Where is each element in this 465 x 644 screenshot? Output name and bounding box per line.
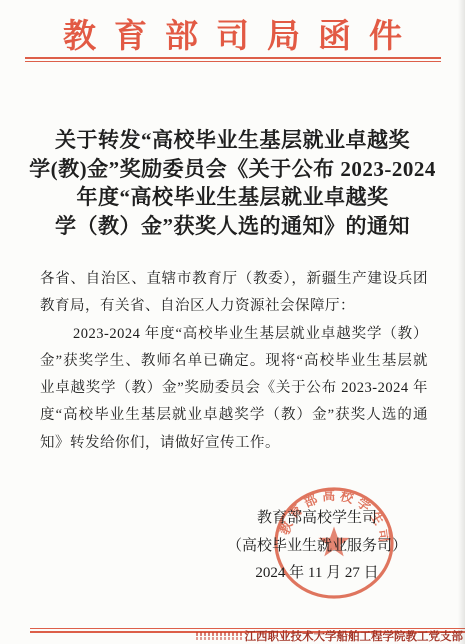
scanned-document-page: 教育部司局函件 关于转发“高校毕业生基层就业卓越奖 学(教)金”奖励委员会《关于… <box>0 0 465 644</box>
body-line: 各省、自治区、直辖市教育厅（教委），新疆生产建设兵团 <box>40 266 428 293</box>
body-line: 金”获奖学生、教师名单已确定。现将“高校毕业生基层就 <box>40 348 428 375</box>
document-title: 关于转发“高校毕业生基层就业卓越奖 学(教)金”奖励委员会《关于公布 2023-… <box>8 126 457 240</box>
body-line: 2023-2024 年度“高校毕业生基层就业卓越奖学（教） <box>40 321 428 348</box>
body-line: 教育局，有关省、自治区人力资源社会保障厅： <box>40 293 428 320</box>
body-line: 知》转发给你们，请做好宣传工作。 <box>40 430 428 457</box>
document-body: 各省、自治区、直辖市教育厅（教委），新疆生产建设兵团 教育局，有关省、自治区人力… <box>40 266 428 457</box>
signature-date: 2024 年 11 月 27 日 <box>206 560 428 588</box>
body-line: 度“高校毕业生基层就业卓越奖学（教）金”获奖人选的通 <box>40 402 428 429</box>
document-title-line: 关于转发“高校毕业生基层就业卓越奖 <box>8 126 457 155</box>
signing-department-alt: （高校毕业生就业服务司） <box>206 533 428 561</box>
micro-stamp-text-marks <box>196 632 243 641</box>
document-title-line: 年度“高校毕业生基层就业卓越奖 <box>8 183 457 212</box>
document-title-line: 学（教）金”获奖人选的通知》的通知 <box>8 212 457 241</box>
letterhead-title: 教育部司局函件 <box>0 10 465 57</box>
body-line: 业卓越奖学（教）金”奖励委员会《关于公布 2023-2024 年 <box>40 375 428 402</box>
signature-block: 教育部高校学生司 （高校毕业生就业服务司） 2024 年 11 月 27 日 <box>206 505 428 588</box>
signing-department: 教育部高校学生司 <box>206 505 428 533</box>
letterhead-divider-line <box>25 57 441 62</box>
footer-attribution: 江西职业技术大学船舶工程学院教工党支部 <box>245 631 464 644</box>
document-title-line: 学(教)金”奖励委员会《关于公布 2023-2024 <box>8 155 457 184</box>
